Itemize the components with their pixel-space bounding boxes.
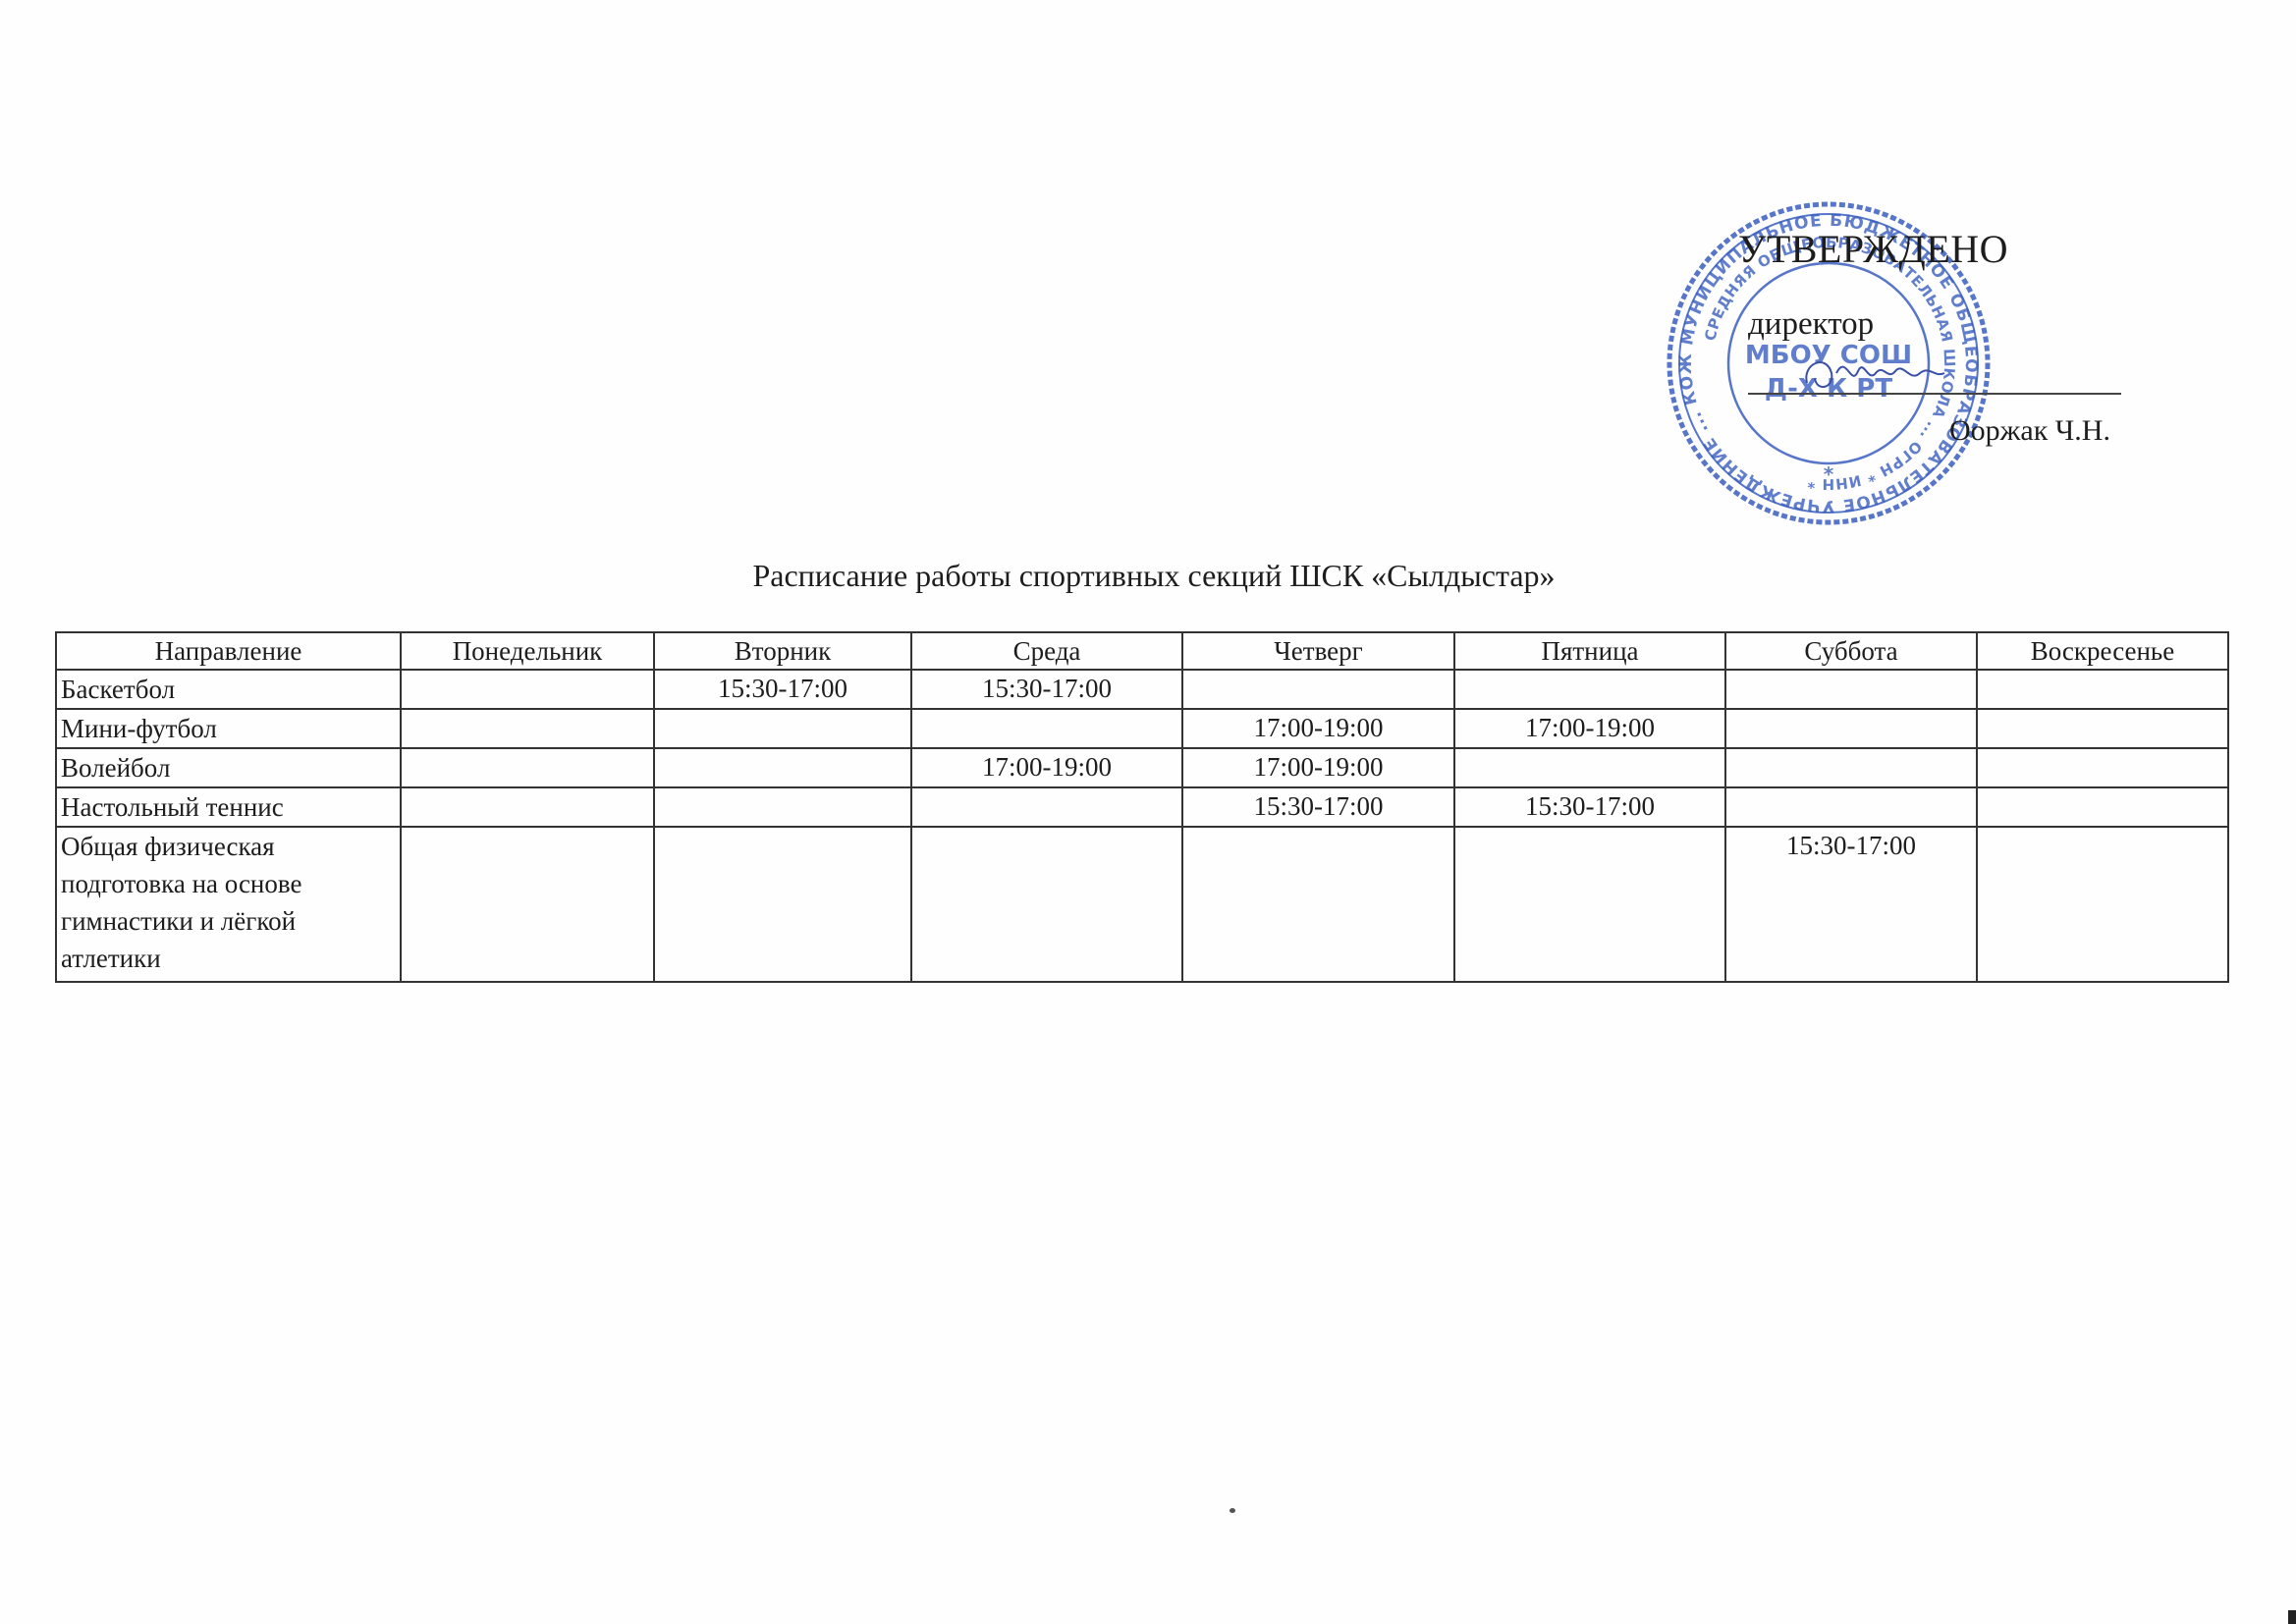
time-cell-wednesday: 17:00-19:00 (911, 748, 1182, 787)
header-tuesday: Вторник (654, 632, 911, 670)
direction-cell: Общая физическая подготовка на основе ги… (56, 827, 401, 982)
scan-artifact (2288, 1610, 2296, 1624)
approved-label: УТВЕРЖДЕНО (1738, 226, 2008, 272)
table-row: Общая физическая подготовка на основе ги… (56, 827, 2228, 982)
time-cell-sunday (1977, 709, 2228, 748)
header-monday: Понедельник (401, 632, 654, 670)
time-cell-sunday (1977, 827, 2228, 982)
time-cell-friday: 17:00-19:00 (1454, 709, 1725, 748)
svg-text:*: * (1824, 462, 1834, 486)
direction-cell: Настольный теннис (56, 787, 401, 827)
time-cell-sunday (1977, 787, 2228, 827)
time-cell-thursday: 17:00-19:00 (1182, 709, 1454, 748)
time-cell-sunday (1977, 670, 2228, 709)
time-cell-friday (1454, 827, 1725, 982)
direction-cell: Мини-футбол (56, 709, 401, 748)
time-cell-saturday (1725, 670, 1977, 709)
time-cell-saturday (1725, 748, 1977, 787)
direction-cell: Баскетбол (56, 670, 401, 709)
time-cell-sunday (1977, 748, 2228, 787)
schedule-table: Направление Понедельник Вторник Среда Че… (55, 631, 2229, 983)
time-cell-saturday: 15:30-17:00 (1725, 827, 1977, 982)
time-cell-monday (401, 670, 654, 709)
time-cell-monday (401, 709, 654, 748)
time-cell-tuesday (654, 709, 911, 748)
time-cell-thursday: 17:00-19:00 (1182, 748, 1454, 787)
time-cell-friday: 15:30-17:00 (1454, 787, 1725, 827)
table-row: Настольный теннис15:30-17:0015:30-17:00 (56, 787, 2228, 827)
time-cell-thursday (1182, 827, 1454, 982)
signatory-position: директор (1748, 306, 1874, 343)
time-cell-tuesday (654, 787, 911, 827)
time-cell-saturday (1725, 787, 1977, 827)
time-cell-wednesday (911, 787, 1182, 827)
header-sunday: Воскресенье (1977, 632, 2228, 670)
time-cell-tuesday (654, 827, 911, 982)
table-row: Баскетбол15:30-17:0015:30-17:00 (56, 670, 2228, 709)
signature-line (1748, 393, 2121, 395)
header-saturday: Суббота (1725, 632, 1977, 670)
time-cell-wednesday: 15:30-17:00 (911, 670, 1182, 709)
time-cell-tuesday (654, 748, 911, 787)
time-cell-wednesday (911, 827, 1182, 982)
time-cell-thursday: 15:30-17:00 (1182, 787, 1454, 827)
table-row: Волейбол17:00-19:0017:00-19:00 (56, 748, 2228, 787)
signatory-name: Ооржак Ч.Н. (1949, 414, 2110, 448)
header-thursday: Четверг (1182, 632, 1454, 670)
time-cell-monday (401, 827, 654, 982)
time-cell-monday (401, 787, 654, 827)
direction-cell: Волейбол (56, 748, 401, 787)
time-cell-thursday (1182, 670, 1454, 709)
document-title: Расписание работы спортивных секций ШСК … (0, 558, 2296, 594)
time-cell-monday (401, 748, 654, 787)
header-wednesday: Среда (911, 632, 1182, 670)
table-row: Мини-футбол17:00-19:0017:00-19:00 (56, 709, 2228, 748)
header-row: Направление Понедельник Вторник Среда Че… (56, 632, 2228, 670)
time-cell-friday (1454, 670, 1725, 709)
header-friday: Пятница (1454, 632, 1725, 670)
header-direction: Направление (56, 632, 401, 670)
time-cell-friday (1454, 748, 1725, 787)
time-cell-wednesday (911, 709, 1182, 748)
time-cell-tuesday: 15:30-17:00 (654, 670, 911, 709)
time-cell-saturday (1725, 709, 1977, 748)
scan-artifact (1230, 1508, 1235, 1513)
approval-block: МУНИЦИПАЛЬНОЕ БЮДЖЕТНОЕ ОБЩЕОБРАЗОВАТЕЛЬ… (1738, 226, 2131, 481)
